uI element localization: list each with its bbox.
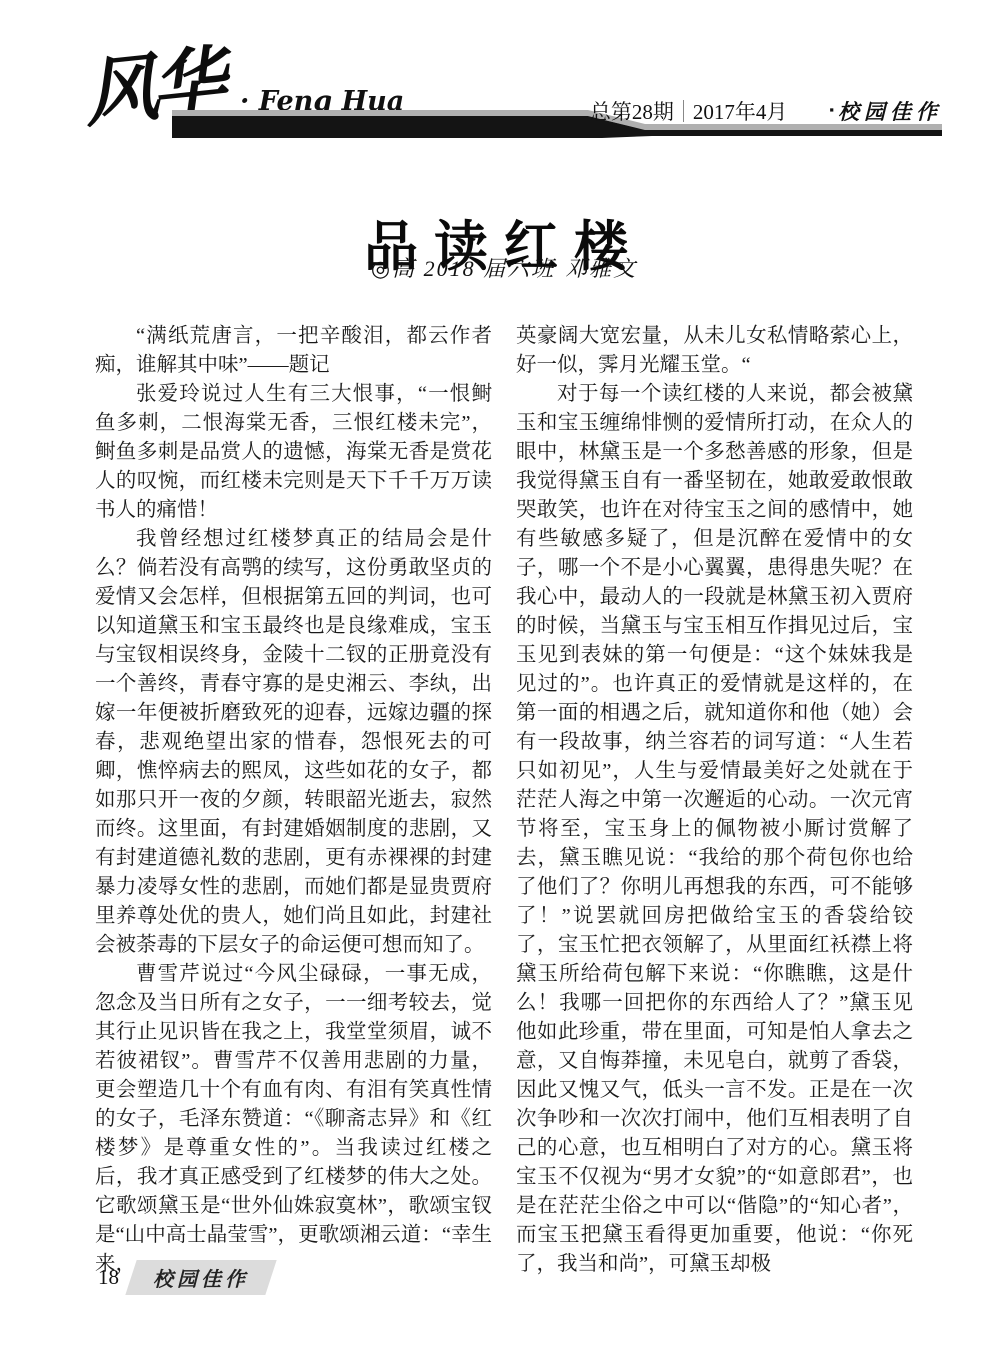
footer-section-tag-label: 校园佳作 bbox=[153, 1263, 249, 1292]
page-footer: 18 校园佳作 bbox=[98, 1260, 271, 1295]
article-paragraph: 曹雪芹说过“今风尘碌碌，一事无成，忽念及当日所有之女子，一一细考较去，觉其行止见… bbox=[95, 960, 492, 1279]
issue-number: 总第28期 bbox=[590, 96, 674, 126]
article-column-right: 英豪阔大宽宏量，从未儿女私情略萦心上，好一似，霁月光耀玉堂。“ 对于每一个读红楼… bbox=[516, 322, 913, 1279]
page-number: 18 bbox=[98, 1265, 119, 1290]
article-paragraph: 对于每一个读红楼的人来说，都会被黛玉和宝玉缠绵悱恻的爱情所打动，在众人的眼中，林… bbox=[516, 380, 913, 1279]
byline-mark-icon: ◎ bbox=[371, 256, 392, 281]
header-meta: 总第28期 2017年4月 ▪ 校园佳作 bbox=[590, 96, 942, 126]
article-column-left: “满纸荒唐言，一把辛酸泪，都云作者痴，谁解其中味”——题记 张爱玲说过人生有三大… bbox=[95, 322, 492, 1279]
issue-date-divider bbox=[683, 100, 684, 122]
byline-author: 邓雅文 bbox=[565, 256, 637, 281]
footer-section-tag: 校园佳作 bbox=[125, 1260, 276, 1295]
article-paragraph-continued: 英豪阔大宽宏量，从未儿女私情略萦心上，好一似，霁月光耀玉堂。“ bbox=[516, 322, 913, 380]
article-paragraph: “满纸荒唐言，一把辛酸泪，都云作者痴，谁解其中味”——题记 bbox=[95, 322, 492, 380]
article-byline: ◎高 2018 届六班邓雅文 bbox=[95, 252, 913, 283]
article-paragraph: 我曾经想过红楼梦真正的结局会是什么？倘若没有高鹗的续写，这份勇敢坚贞的爱情又会怎… bbox=[95, 525, 492, 960]
section-bullet-icon: ▪ bbox=[829, 102, 834, 118]
byline-class: 高 2018 届六班 bbox=[392, 256, 555, 281]
article-body: “满纸荒唐言，一把辛酸泪，都云作者痴，谁解其中味”——题记 张爱玲说过人生有三大… bbox=[95, 322, 913, 1279]
article-paragraph: 张爱玲说过人生有三大恨事，“一恨鲥鱼多刺，二恨海棠无香，三恨红楼未完”，鲥鱼多刺… bbox=[95, 380, 492, 525]
issue-date: 2017年4月 bbox=[693, 96, 788, 126]
section-label: 校园佳作 bbox=[838, 96, 942, 126]
